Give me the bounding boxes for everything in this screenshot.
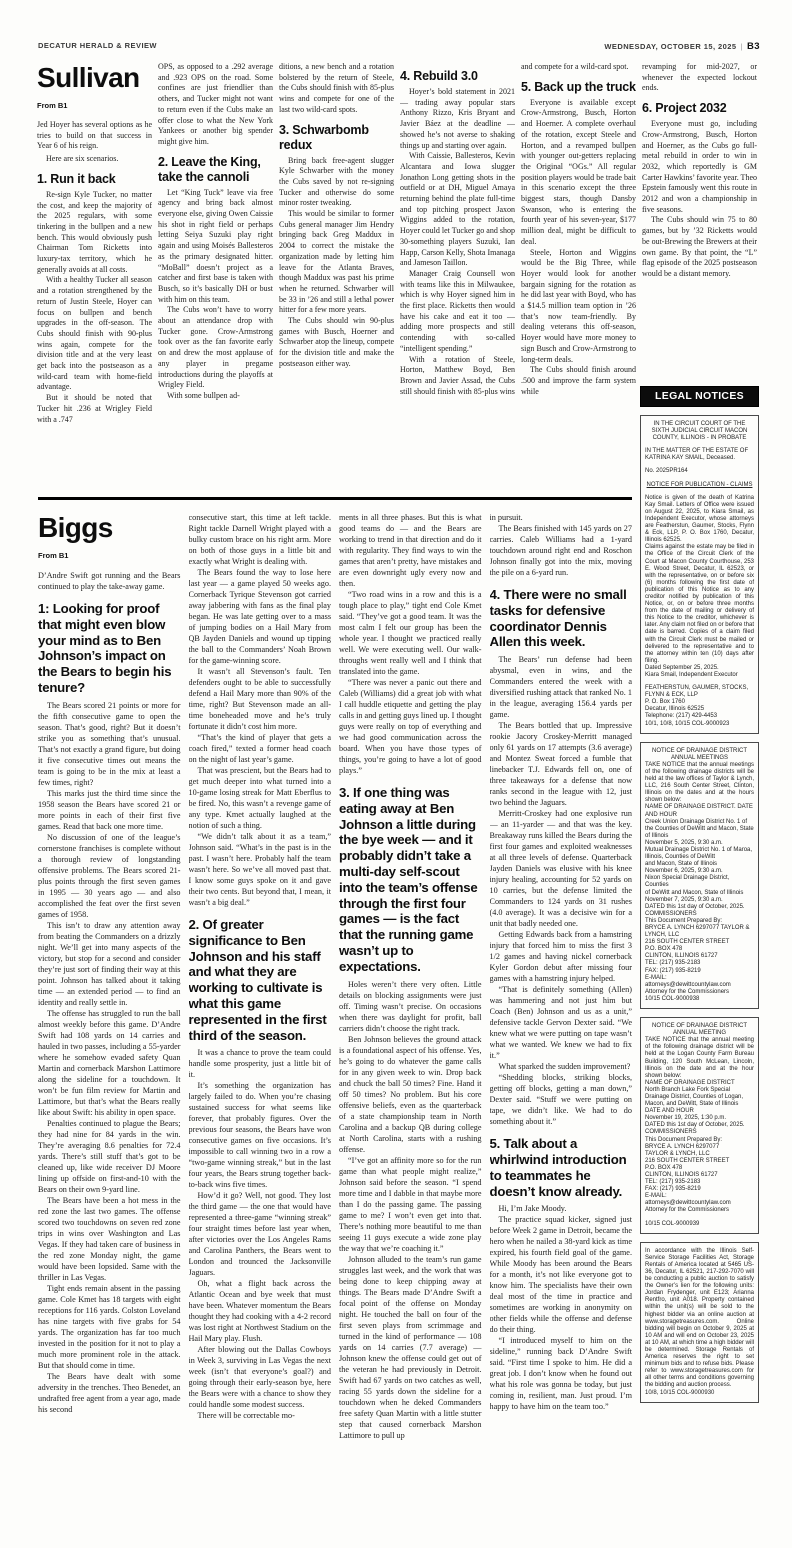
- legal-notice-text: TAYLOR & LYNCH, LLC: [645, 1151, 754, 1158]
- article-paragraph: ments in all three phases. But this is w…: [339, 512, 482, 589]
- legal-notice-text: NOTICE FOR PUBLICATION - CLAIMS: [645, 482, 754, 489]
- article-paragraph: Johnson alluded to the team’s run game s…: [339, 1254, 482, 1441]
- article-paragraph: OPS, as opposed to a .292 average and .9…: [158, 62, 273, 148]
- article-paragraph: The practice squad kicker, signed just b…: [490, 1214, 633, 1335]
- sullivan-column-1: SullivanFrom B1Jed Hoyer has several opt…: [37, 62, 152, 495]
- subheading: 3. If one thing was eating away at Ben J…: [339, 785, 482, 975]
- legal-notices-header: LEGAL NOTICES: [640, 386, 759, 407]
- article-paragraph: Getting Edwards back from a hamstring in…: [490, 929, 633, 984]
- legal-notice-text: IN THE CIRCUIT COURT OF THE SIXTH JUDICI…: [645, 421, 754, 442]
- legal-notice-text: 216 SOUTH CENTER STREET: [645, 939, 754, 946]
- article-paragraph: and compete for a wild-card spot.: [521, 62, 636, 73]
- legal-notice-text: COMMISSIONERS: [645, 1129, 754, 1136]
- sullivan-column-3: ditions, a new bench and a rotation bols…: [279, 62, 394, 495]
- legal-notice-text: P. O. Box 1760: [645, 699, 754, 706]
- subheading: 3. Schwarbomb redux: [279, 123, 394, 153]
- article-paragraph: “I introduced myself to him on the sidel…: [490, 1335, 633, 1412]
- legal-notice-text: ANNUAL MEETING: [645, 1030, 754, 1037]
- article-paragraph: ditions, a new bench and a rotation bols…: [279, 62, 394, 116]
- sullivan-column-5: and compete for a wild-card spot.5. Back…: [521, 62, 636, 495]
- legal-notice-text: Creek Union Drainage District No. 1 of t…: [645, 819, 754, 840]
- article-paragraph: The offense has struggled to run the bal…: [38, 1008, 181, 1118]
- legal-notice-text: TAKE NOTICE that the annual meetings of …: [645, 762, 754, 805]
- biggs-column-2: consecutive start, this time at left tac…: [189, 512, 332, 1512]
- legal-notice-text: Attorney for the Commissioners: [645, 989, 754, 996]
- legal-notice-text: BRYCE A. LYNCH 6297077 TAYLOR & LYNCH, L…: [645, 925, 754, 939]
- article-paragraph: “That is definitely something (Allen) wa…: [490, 984, 633, 1061]
- legal-notice-text: Dated September 25, 2025.: [645, 665, 754, 672]
- article-paragraph: “I’ve got an affinity more so for the ru…: [339, 1155, 482, 1254]
- legal-notice-text: of DeWitt and Macon, State of Illinois: [645, 890, 754, 897]
- article-paragraph: The Cubs should win 90-plus games with B…: [279, 316, 394, 370]
- article-paragraph: This would be similar to former Cubs gen…: [279, 209, 394, 316]
- legal-notice-text: NOTICE OF DRAINAGE DISTRICT: [645, 748, 754, 755]
- article-paragraph: The Bears have dealt with some adversity…: [38, 1371, 181, 1415]
- legal-notice-text: DATED this 1st day of October, 2025.: [645, 904, 754, 911]
- article-paragraph: Steele, Horton and Wiggins would be the …: [521, 248, 636, 366]
- article-paragraph: “That’s the kind of player that gets a c…: [189, 732, 332, 765]
- masthead-publication: DECATUR HERALD & REVIEW: [38, 41, 157, 52]
- article-paragraph: It wasn’t all Stevenson’s fault. Ten def…: [189, 666, 332, 732]
- jump-from-line: From B1: [38, 551, 181, 560]
- legal-notice-text: P.O. BOX 478: [645, 1165, 754, 1172]
- legal-notice-text: 10/15 COL-9000938: [645, 996, 754, 1003]
- article-paragraph: D’Andre Swift got running and the Bears …: [38, 570, 181, 592]
- legal-notice-text: Nixon Special Drainage District, Countie…: [645, 875, 754, 889]
- article-paragraph: consecutive start, this time at left tac…: [189, 512, 332, 567]
- article-paragraph: No discussion of one of the league’s cor…: [38, 832, 181, 920]
- legal-notice-text: This Document Prepared By:: [645, 1137, 754, 1144]
- article-paragraph: Holes weren’t there very often. Little d…: [339, 979, 482, 1034]
- legal-notice-text: Decatur, Illinois 62525: [645, 706, 754, 713]
- article-paragraph: With Caissie, Ballesteros, Kevin Alcanta…: [400, 151, 515, 269]
- legal-notice-text: 10/1, 10/8, 10/15 COL-9000923: [645, 721, 754, 728]
- article-paragraph: Manager Craig Counsell won with teams li…: [400, 269, 515, 355]
- legal-notice-text: and Macon, State of Illinois: [645, 861, 754, 868]
- article-paragraph: But it should be noted that Tucker hit .…: [37, 393, 152, 425]
- legal-notice-text: FAX: (217) 935-8219: [645, 968, 754, 975]
- legal-notice-text: TAKE NOTICE that the annual meeting of t…: [645, 1037, 754, 1080]
- article-paragraph: With some bullpen ad-: [158, 391, 273, 402]
- legal-notice-text: TEL: (217) 935-2183: [645, 960, 754, 967]
- biggs-column-3: ments in all three phases. But this is w…: [339, 512, 482, 1512]
- article-paragraph: The Bears’ run defense had been abysmal,…: [490, 654, 633, 720]
- legal-notice-text: November 19, 2025, 1:30 p.m.: [645, 1115, 754, 1122]
- biggs-column-1: BiggsFrom B1D’Andre Swift got running an…: [38, 512, 181, 1512]
- subheading: 1: Looking for proof that might even blo…: [38, 601, 181, 696]
- sullivan-headline: Sullivan: [37, 62, 152, 94]
- article-paragraph: Ben Johnson believes the ground attack i…: [339, 1034, 482, 1155]
- article-paragraph: revamping for mid-2027, or whenever the …: [642, 62, 757, 94]
- legal-notice-text: CLINTON, ILLINOIS 61727: [645, 1172, 754, 1179]
- masthead-page-number: B3: [747, 41, 760, 52]
- article-paragraph: Merritt-Croskey had one explosive run — …: [490, 808, 633, 929]
- article-paragraph: The Cubs should win 75 to 80 games, but …: [642, 215, 757, 279]
- masthead-date: WEDNESDAY, OCTOBER 15, 2025: [604, 42, 736, 51]
- legal-notice-text: Claims against the estate may be filed i…: [645, 544, 754, 665]
- article-paragraph: After blowing out the Dallas Cowboys in …: [189, 1344, 332, 1410]
- subheading: 5. Back up the truck: [521, 80, 636, 95]
- legal-notice-text: November 7, 2025, 9:30 a.m.: [645, 897, 754, 904]
- legal-notice-text: 216 SOUTH CENTER STREET: [645, 1158, 754, 1165]
- article-paragraph: It’s something the organization has larg…: [189, 1080, 332, 1190]
- article-paragraph: Bring back free-agent slugger Kyle Schwa…: [279, 156, 394, 210]
- subheading: 2. Leave the King, take the cannoli: [158, 155, 273, 185]
- article-paragraph: Penalties continued to plague the Bears;…: [38, 1118, 181, 1195]
- jump-from-line: From B1: [37, 101, 152, 110]
- legal-notice-3: NOTICE OF DRAINAGE DISTRICTANNUAL MEETIN…: [640, 1017, 759, 1234]
- subheading: 1. Run it back: [37, 172, 152, 187]
- section-divider-rule: [38, 497, 632, 500]
- legal-notice-text: This Document Prepared By:: [645, 918, 754, 925]
- legal-notice-text: Mutual Drainage District No. 1 of Maroa,…: [645, 847, 754, 861]
- biggs-article: BiggsFrom B1D’Andre Swift got running an…: [38, 512, 632, 1512]
- article-paragraph: The Bears scored 21 points or more for t…: [38, 700, 181, 788]
- article-paragraph: That was prescient, but the Bears had to…: [189, 765, 332, 831]
- legal-notice-text: E-MAIL: attorneys@dewittcountylaw.com: [645, 975, 754, 989]
- article-paragraph: This isn’t to draw any attention away fr…: [38, 920, 181, 1008]
- article-paragraph: The Bears have been a hot mess in the re…: [38, 1195, 181, 1283]
- article-paragraph: There will be correctable mo-: [189, 1410, 332, 1421]
- sullivan-column-4: 4. Rebuild 3.0Hoyer’s bold statement in …: [400, 62, 515, 495]
- legal-notice-text: November 6, 2025, 9:30 a.m.: [645, 868, 754, 875]
- legal-notice-text: FEATHERSTUN, GAUMER, STOCKS,: [645, 685, 754, 692]
- legal-notice-text: No. 2025PR164: [645, 468, 754, 475]
- article-paragraph: With a healthy Tucker all season and a r…: [37, 275, 152, 393]
- subheading: 4. There were no small tasks for defensi…: [490, 587, 633, 650]
- article-paragraph: Here are six scenarios.: [37, 154, 152, 165]
- legal-notice-text: NAME OF DRAINAGE DISTRICT. DATE AND HOUR: [645, 804, 754, 818]
- legal-notice-text: FLYNN & ECK, LLP: [645, 692, 754, 699]
- article-paragraph: “We didn’t talk about it as a team,” Joh…: [189, 831, 332, 908]
- article-paragraph: The Bears found the way to lose here las…: [189, 567, 332, 666]
- subheading: 6. Project 2032: [642, 101, 757, 116]
- legal-notice-text: BRYCE A. LYNCH 6297077: [645, 1144, 754, 1151]
- article-paragraph: What sparked the sudden improvement?: [490, 1061, 633, 1072]
- legal-notice-text: FAX: (217) 935-8219: [645, 1186, 754, 1193]
- article-paragraph: With a rotation of Steele, Horton, Matth…: [400, 355, 515, 398]
- article-paragraph: “Shedding blocks, striking blocks, getti…: [490, 1072, 633, 1127]
- article-paragraph: Tight ends remain absent in the passing …: [38, 1283, 181, 1371]
- legal-notice-text: E-MAIL: attorneys@dewittcountylaw.com At…: [645, 1193, 754, 1214]
- legal-notice-text: 10/8, 10/15 COL-9000930: [645, 1390, 754, 1397]
- article-paragraph: The Cubs should finish around .500 and i…: [521, 365, 636, 397]
- article-paragraph: in pursuit.: [490, 512, 633, 523]
- legal-notice-text: P.O. BOX 478: [645, 946, 754, 953]
- article-paragraph: Hi, I’m Jake Moody.: [490, 1203, 633, 1214]
- legal-notice-1: IN THE CIRCUIT COURT OF THE SIXTH JUDICI…: [640, 415, 759, 734]
- legal-notice-text: Notice is given of the death of Katrina …: [645, 495, 754, 545]
- legal-notices-list: IN THE CIRCUIT COURT OF THE SIXTH JUDICI…: [640, 415, 759, 1403]
- article-paragraph: This marks just the third time since the…: [38, 788, 181, 832]
- article-paragraph: “There was never a panic out there and C…: [339, 677, 482, 776]
- legal-notice-4: In accordance with the Illinois Self-Ser…: [640, 1242, 759, 1403]
- biggs-column-4: in pursuit.The Bears finished with 145 y…: [490, 512, 633, 1512]
- article-paragraph: “Two road wins in a row and this is a to…: [339, 589, 482, 677]
- legal-notice-text: ANNUAL MEETINGS: [645, 755, 754, 762]
- legal-notice-text: In accordance with the Illinois Self-Ser…: [645, 1248, 754, 1390]
- legal-notice-text: COMMISSIONERS: [645, 911, 754, 918]
- subheading: 4. Rebuild 3.0: [400, 69, 515, 84]
- masthead-dateline: WEDNESDAY, OCTOBER 15, 2025 | B3: [604, 41, 760, 52]
- legal-notice-text: NOTICE OF DRAINAGE DISTRICT: [645, 1023, 754, 1030]
- article-paragraph: Everyone must go, including Crow-Armstro…: [642, 119, 757, 215]
- article-paragraph: Hoyer’s bold statement in 2021 — trading…: [400, 87, 515, 151]
- article-paragraph: Let “King Tuck” leave via free agency an…: [158, 188, 273, 306]
- biggs-headline: Biggs: [38, 512, 181, 544]
- article-paragraph: Oh, what a flight back across the Atlant…: [189, 1278, 332, 1344]
- legal-notice-text: IN THE MATTER OF THE ESTATE OF KATRINA K…: [645, 448, 754, 462]
- subheading: 2. Of greater significance to Ben Johnso…: [189, 917, 332, 1043]
- legal-notice-text: DATE AND HOUR: [645, 1108, 754, 1115]
- newspaper-page: DECATUR HERALD & REVIEW WEDNESDAY, OCTOB…: [0, 0, 792, 1548]
- legal-notice-text: NAME OF DRAINAGE DISTRICT: [645, 1080, 754, 1087]
- masthead-separator: |: [741, 42, 743, 51]
- article-paragraph: The Bears finished with 145 yards on 27 …: [490, 523, 633, 578]
- article-paragraph: It was a chance to prove the team could …: [189, 1047, 332, 1080]
- legal-notice-text: Kiara Smail, Independent Executor: [645, 672, 754, 679]
- article-paragraph: Jed Hoyer has several options as he trie…: [37, 120, 152, 152]
- subheading: 5. Talk about a whirlwind introduction t…: [490, 1136, 633, 1199]
- masthead: DECATUR HERALD & REVIEW WEDNESDAY, OCTOB…: [38, 41, 760, 52]
- legal-notice-text: DATED this 1st day of October, 2025.: [645, 1122, 754, 1129]
- article-paragraph: Everyone is available except Crow-Armstr…: [521, 98, 636, 248]
- article-paragraph: The Bears bottled that up. Impressive ro…: [490, 720, 633, 808]
- legal-notice-text: 10/15 COL-9000939: [645, 1221, 754, 1228]
- sullivan-column-2: OPS, as opposed to a .292 average and .9…: [158, 62, 273, 495]
- legal-notice-text: November 5, 2025, 9:30 a.m.: [645, 840, 754, 847]
- legal-notices-section: LEGAL NOTICES IN THE CIRCUIT COURT OF TH…: [640, 386, 759, 1403]
- legal-notice-text: North Branch Lake Fork Special Drainage …: [645, 1087, 754, 1108]
- article-paragraph: How’d it go? Well, not good. They lost t…: [189, 1190, 332, 1278]
- legal-notice-text: CLINTON, ILLINOIS 61727: [645, 953, 754, 960]
- legal-notice-2: NOTICE OF DRAINAGE DISTRICTANNUAL MEETIN…: [640, 742, 759, 1009]
- legal-notice-text: Telephone: (217) 429-4453: [645, 713, 754, 720]
- legal-notice-text: TEL: (217) 935-2183: [645, 1179, 754, 1186]
- article-paragraph: The Cubs won’t have to worry about an at…: [158, 305, 273, 391]
- article-paragraph: Re-sign Kyle Tucker, no matter the cost,…: [37, 190, 152, 276]
